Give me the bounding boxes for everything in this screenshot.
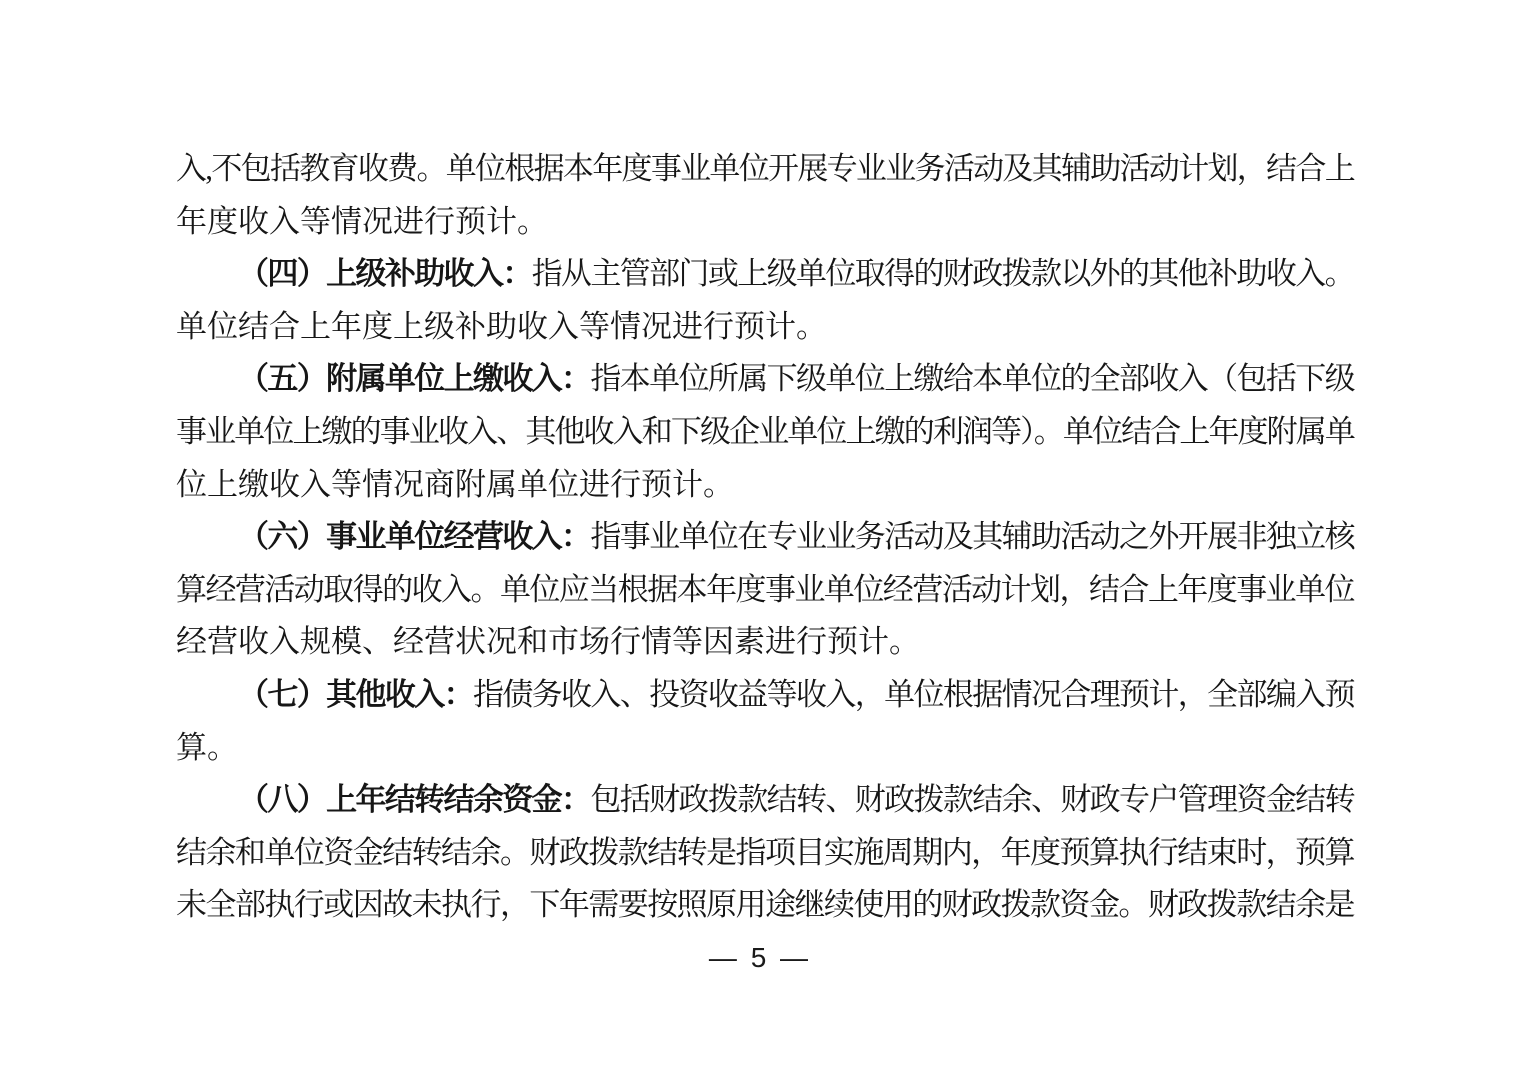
paragraph-lead: （八）上年结转结余资金： bbox=[238, 782, 590, 817]
page-number: — 5 — bbox=[709, 942, 811, 973]
text-line: 未全部执行或因故未执行，下年需要按照原用途继续使用的财政拨款资金。财政拨款结余是 bbox=[176, 879, 1354, 932]
paragraph: （五）附属单位上缴收入：指本单位所属下级单位上缴给本单位的全部收入（包括下级事业… bbox=[176, 353, 1354, 511]
text-line: 算经营活动取得的收入。单位应当根据本年度事业单位经营活动计划，结合上年度事业单位 bbox=[176, 564, 1354, 617]
page-footer: — 5 — bbox=[0, 938, 1520, 978]
text-line-content: （八）上年结转结余资金：包括财政拨款结转、财政拨款结余、财政专户管理资金结转 bbox=[238, 782, 1354, 817]
document-body: 入,不包括教育收费。单位根据本年度事业单位开展专业业务活动及其辅助活动计划，结合… bbox=[176, 143, 1354, 932]
text-line: 年度收入等情况进行预计。 bbox=[176, 196, 1354, 249]
text-line: （七）其他收入：指债务收入、投资收益等收入，单位根据情况合理预计，全部编入预 bbox=[176, 669, 1354, 722]
text-line-content: 事业单位上缴的事业收入、其他收入和下级企业单位上缴的利润等）。单位结合上年度附属… bbox=[176, 414, 1354, 449]
text-line: （五）附属单位上缴收入：指本单位所属下级单位上缴给本单位的全部收入（包括下级 bbox=[176, 353, 1354, 406]
text-line-content: 算。 bbox=[176, 730, 238, 765]
paragraph: （八）上年结转结余资金：包括财政拨款结转、财政拨款结余、财政专户管理资金结转结余… bbox=[176, 774, 1354, 932]
text-line-content: 经营收入规模、经营状况和市场行情等因素进行预计。 bbox=[176, 624, 920, 659]
paragraph: 入,不包括教育收费。单位根据本年度事业单位开展专业业务活动及其辅助活动计划，结合… bbox=[176, 143, 1354, 248]
text-line-content: （六）事业单位经营收入：指事业单位在专业业务活动及其辅助活动之外开展非独立核 bbox=[238, 519, 1354, 554]
text-line: 事业单位上缴的事业收入、其他收入和下级企业单位上缴的利润等）。单位结合上年度附属… bbox=[176, 406, 1354, 459]
text-line: （六）事业单位经营收入：指事业单位在专业业务活动及其辅助活动之外开展非独立核 bbox=[176, 511, 1354, 564]
paragraph-lead: （五）附属单位上缴收入： bbox=[238, 361, 590, 396]
paragraph: （四）上级补助收入：指从主管部门或上级单位取得的财政拨款以外的其他补助收入。单位… bbox=[176, 248, 1354, 353]
text-line-content: 单位结合上年度上级补助收入等情况进行预计。 bbox=[176, 309, 827, 344]
paragraph: （六）事业单位经营收入：指事业单位在专业业务活动及其辅助活动之外开展非独立核算经… bbox=[176, 511, 1354, 669]
text-line: 位上缴收入等情况商附属单位进行预计。 bbox=[176, 459, 1354, 512]
text-line-content: （五）附属单位上缴收入：指本单位所属下级单位上缴给本单位的全部收入（包括下级 bbox=[238, 361, 1354, 396]
text-line: （四）上级补助收入：指从主管部门或上级单位取得的财政拨款以外的其他补助收入。 bbox=[176, 248, 1354, 301]
text-line: 经营收入规模、经营状况和市场行情等因素进行预计。 bbox=[176, 616, 1354, 669]
text-line-content: （四）上级补助收入：指从主管部门或上级单位取得的财政拨款以外的其他补助收入。 bbox=[238, 256, 1354, 291]
text-line-content: 算经营活动取得的收入。单位应当根据本年度事业单位经营活动计划，结合上年度事业单位 bbox=[176, 572, 1354, 607]
paragraph-lead: （四）上级补助收入： bbox=[238, 256, 532, 291]
text-line-content: 结余和单位资金结转结余。财政拨款结转是指项目实施周期内，年度预算执行结束时，预算 bbox=[176, 835, 1354, 870]
text-line: 入,不包括教育收费。单位根据本年度事业单位开展专业业务活动及其辅助活动计划，结合… bbox=[176, 143, 1354, 196]
text-line-content: 年度收入等情况进行预计。 bbox=[176, 204, 548, 239]
paragraph-lead: （七）其他收入： bbox=[238, 677, 473, 712]
text-line-content: 入,不包括教育收费。单位根据本年度事业单位开展专业业务活动及其辅助活动计划，结合… bbox=[176, 151, 1354, 186]
text-line-content: （七）其他收入：指债务收入、投资收益等收入，单位根据情况合理预计，全部编入预 bbox=[238, 677, 1354, 712]
text-line-content: 位上缴收入等情况商附属单位进行预计。 bbox=[176, 467, 734, 502]
paragraph-lead: （六）事业单位经营收入： bbox=[238, 519, 590, 554]
text-line: 算。 bbox=[176, 722, 1354, 775]
document-page: 入,不包括教育收费。单位根据本年度事业单位开展专业业务活动及其辅助活动计划，结合… bbox=[0, 0, 1520, 1074]
text-line: 结余和单位资金结转结余。财政拨款结转是指项目实施周期内，年度预算执行结束时，预算 bbox=[176, 827, 1354, 880]
text-line-content: 未全部执行或因故未执行，下年需要按照原用途继续使用的财政拨款资金。财政拨款结余是 bbox=[176, 887, 1354, 922]
text-line: （八）上年结转结余资金：包括财政拨款结转、财政拨款结余、财政专户管理资金结转 bbox=[176, 774, 1354, 827]
text-line: 单位结合上年度上级补助收入等情况进行预计。 bbox=[176, 301, 1354, 354]
paragraph: （七）其他收入：指债务收入、投资收益等收入，单位根据情况合理预计，全部编入预算。 bbox=[176, 669, 1354, 774]
